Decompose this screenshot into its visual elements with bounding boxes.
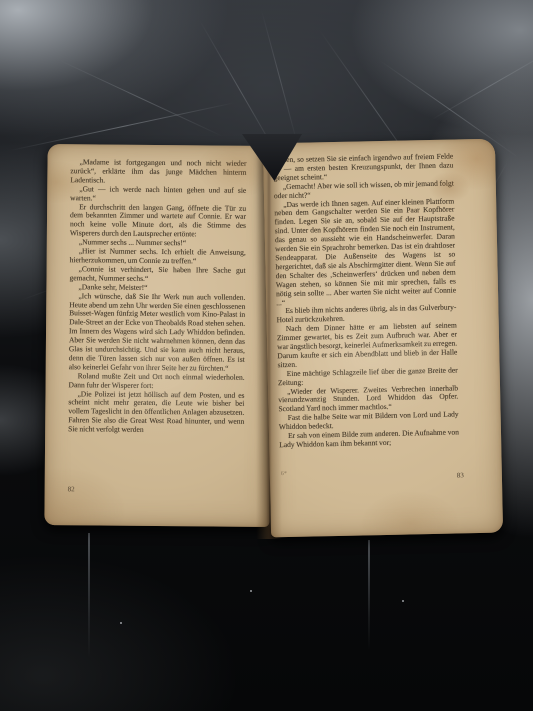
paragraph: Roland mußte Zeit und Ort noch einmal wi…: [69, 372, 245, 391]
page-number-left: 82: [68, 485, 75, 493]
page-number-right: 83: [457, 471, 464, 479]
scratch-line: [60, 60, 224, 137]
dust-speck: [402, 600, 404, 602]
book-page-left: „Madame ist fortgegangen und noch nicht …: [44, 144, 272, 527]
light-streak: [368, 540, 370, 650]
page-right-text: sollten, so setzen Sie sie einfach irgen…: [273, 152, 459, 450]
dust-speck: [120, 622, 122, 624]
paragraph: Er durchschritt den langen Gang, öffnete…: [70, 203, 246, 240]
paragraph: Er sah von einem Bilde zum anderen. Die …: [279, 429, 459, 451]
signature-mark: 6*: [281, 471, 287, 477]
paragraph: „Gut — ich werde nach hinten gehen und a…: [70, 185, 246, 204]
paragraph: Nach dem Dinner hätte er am liebsten auf…: [277, 322, 458, 370]
paragraph: „Ich wünsche, daß Sie Ihr Werk nun auch …: [69, 292, 246, 374]
scratch-line: [430, 50, 533, 121]
light-streak: [88, 533, 90, 658]
paragraph: „Die Polizei ist jetzt höllisch auf dem …: [68, 390, 244, 436]
paragraph: „Das werde ich Ihnen sagen. Auf einer kl…: [274, 197, 456, 308]
open-book: „Madame ist fortgegangen und noch nicht …: [46, 139, 498, 539]
page-left-text: „Madame ist fortgegangen und noch nicht …: [68, 158, 246, 436]
dust-speck: [250, 590, 252, 592]
photo-scene: „Madame ist fortgegangen und noch nicht …: [0, 0, 533, 711]
paragraph: „Madame ist fortgegangen und noch nicht …: [70, 158, 246, 186]
book-page-right: sollten, so setzen Sie sie einfach irgen…: [263, 139, 503, 538]
scratch-line: [261, 10, 298, 145]
